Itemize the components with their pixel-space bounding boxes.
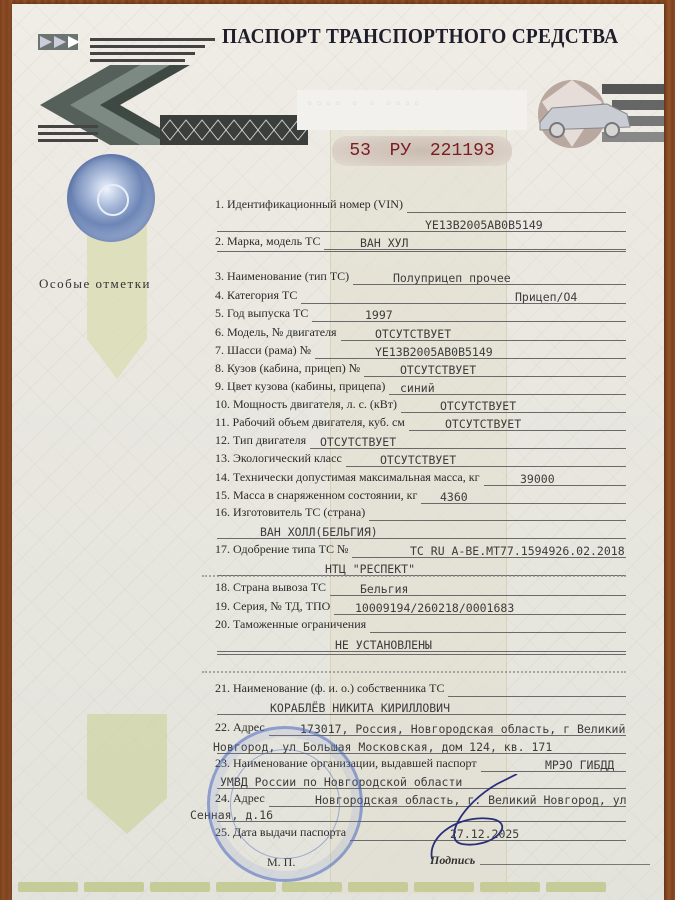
field-row-16: 16. Изготовитель ТС (страна): [202, 504, 626, 521]
field-row-19: 19. Серия, № ТД, ТПО10009194/260218/0001…: [202, 598, 626, 615]
field-row-20: 20. Таможенные ограничения: [202, 616, 626, 633]
field-row-6: 6. Модель, № двигателяОТСУТСТВУЕТ: [202, 324, 626, 341]
field-label: 20. Таможенные ограничения: [215, 617, 366, 632]
field-row-5: 5. Год выпуска ТС1997: [202, 305, 626, 322]
field-label: 4. Категория ТС: [215, 288, 297, 303]
signature-line: [480, 864, 650, 865]
field-row-17-continued: НТЦ "РЕСПЕКТ": [202, 559, 626, 576]
field-value: ТС RU A-BE.МТ77.1594926.02.2018: [410, 544, 625, 558]
field-label: 5. Год выпуска ТС: [215, 306, 308, 321]
serial-number: 221193: [430, 141, 495, 161]
field-label: 9. Цвет кузова (кабины, прицепа): [215, 379, 385, 394]
field-underline: [217, 231, 626, 232]
field-underline: [369, 520, 626, 521]
field-row-12: 12. Тип двигателяОТСУТСТВУЕТ: [202, 432, 626, 449]
field-row-2: 2. Марка, модель ТСВАН ХУЛ: [202, 233, 626, 250]
field-label: 17. Одобрение типа ТС №: [215, 542, 348, 557]
field-label: 15. Масса в снаряженном состоянии, кг: [215, 488, 417, 503]
field-row-8: 8. Кузов (кабина, прицеп) №ОТСУТСТВУЕТ: [202, 360, 626, 377]
field-row-1: 1. Идентификационный номер (VIN): [202, 196, 626, 213]
field-value: ОТСУТСТВУЕТ: [400, 363, 476, 377]
document-title: ПАСПОРТ ТРАНСПОРТНОГО СРЕДСТВА: [222, 24, 618, 49]
field-row-1-continued: YE13B2005AB0B5149: [202, 215, 626, 232]
field-value: 4360: [440, 490, 468, 504]
field-label: 6. Модель, № двигателя: [215, 325, 337, 340]
field-label: 19. Серия, № ТД, ТПО: [215, 599, 330, 614]
field-value-continued: НЕ УСТАНОВЛЕНЫ: [335, 638, 432, 652]
field-row-11: 11. Рабочий объем двигателя, куб. смОТСУ…: [202, 414, 626, 431]
field-row-18: 18. Страна вывоза ТСБельгия: [202, 579, 626, 596]
field-value: Бельгия: [360, 582, 408, 596]
microtext-ornament: ◦◦◦◦ ◦ ◦ ◦◦◦◦: [307, 96, 423, 113]
field-row-21: 21. Наименование (ф. и. о.) собственника…: [202, 680, 626, 697]
field-value: Прицеп/О4: [515, 290, 577, 304]
car-emblem-icon: [532, 72, 664, 152]
vehicle-passport-document: ПАСПОРТ ТРАНСПОРТНОГО СРЕДСТВА ◦◦◦◦ ◦ ◦ …: [12, 4, 664, 900]
hologram-seal-icon: [67, 154, 155, 242]
special-marks-label: Особые отметки: [39, 276, 151, 292]
field-row-17: 17. Одобрение типа ТС №ТС RU A-BE.МТ77.1…: [202, 541, 626, 558]
field-row-20-continued: НЕ УСТАНОВЛЕНЫ: [202, 635, 626, 652]
field-label: 8. Кузов (кабина, прицеп) №: [215, 361, 360, 376]
signature-label: Подпись: [430, 853, 475, 868]
field-row-15: 15. Масса в снаряженном состоянии, кг436…: [202, 487, 626, 504]
field-value: 1997: [365, 308, 393, 322]
field-row-4: 4. Категория ТСПрицеп/О4: [202, 287, 626, 304]
field-label: 12. Тип двигателя: [215, 433, 306, 448]
field-label: 14. Технически допустимая максимальная м…: [215, 470, 480, 485]
field-value: ВАН ХУЛ: [360, 236, 408, 250]
field-value: ОТСУТСТВУЕТ: [445, 417, 521, 431]
field-value: Полуприцеп прочее: [393, 271, 511, 285]
serial-series: РУ: [390, 141, 412, 161]
field-value: ОТСУТСТВУЕТ: [440, 399, 516, 413]
serial-region: 53: [349, 141, 371, 161]
blank-line: [217, 654, 626, 655]
field-underline: [448, 696, 626, 697]
field-value: 10009194/260218/0001683: [355, 601, 514, 615]
field-row-21-continued: КОРАБЛЁВ НИКИТА КИРИЛЛОВИЧ: [202, 698, 626, 715]
field-label: 18. Страна вывоза ТС: [215, 580, 326, 595]
field-value: ОТСУТСТВУЕТ: [320, 435, 396, 449]
security-bottom-band: [12, 882, 664, 896]
section-divider: [202, 671, 626, 675]
field-value: ОТСУТСТВУЕТ: [375, 327, 451, 341]
field-label: 3. Наименование (тип ТС): [215, 269, 349, 284]
field-label: 13. Экологический класс: [215, 451, 342, 466]
field-value-continued: КОРАБЛЁВ НИКИТА КИРИЛЛОВИЧ: [270, 701, 450, 715]
field-label: 1. Идентификационный номер (VIN): [215, 197, 403, 212]
blank-line: [217, 251, 626, 252]
field-value: синий: [400, 381, 435, 395]
field-underline: [407, 212, 626, 213]
field-row-14: 14. Технически допустимая максимальная м…: [202, 469, 626, 486]
field-row-16-continued: ВАН ХОЛЛ(БЕЛЬГИЯ): [202, 522, 626, 539]
field-label: 10. Мощность двигателя, л. с. (кВт): [215, 397, 397, 412]
field-label: 16. Изготовитель ТС (страна): [215, 505, 365, 520]
field-value-continued: ВАН ХОЛЛ(БЕЛЬГИЯ): [260, 525, 378, 539]
field-value-continued: YE13B2005AB0B5149: [425, 218, 543, 232]
stamp-place-label: М. П.: [267, 855, 295, 870]
field-value: ОТСУТСТВУЕТ: [380, 453, 456, 467]
field-value: YE13B2005AB0B5149: [375, 345, 493, 359]
field-label: 7. Шасси (рама) №: [215, 343, 311, 358]
field-value: 173017, Россия, Новгородская область, г …: [300, 722, 625, 736]
field-label: 11. Рабочий объем двигателя, куб. см: [215, 415, 405, 430]
field-label: 2. Марка, модель ТС: [215, 234, 320, 249]
field-label: 21. Наименование (ф. и. о.) собственника…: [215, 681, 444, 696]
field-value-continued: НТЦ "РЕСПЕКТ": [325, 562, 415, 576]
field-row-10: 10. Мощность двигателя, л. с. (кВт)ОТСУТ…: [202, 396, 626, 413]
passport-serial-number: 53 РУ 221193: [332, 136, 512, 166]
field-row-3: 3. Наименование (тип ТС)Полуприцеп проче…: [202, 268, 626, 285]
field-row-13: 13. Экологический классОТСУТСТВУЕТ: [202, 450, 626, 467]
field-row-9: 9. Цвет кузова (кабины, прицепа)синий: [202, 378, 626, 395]
field-underline: [370, 632, 626, 633]
field-underline: [312, 321, 626, 322]
field-value: МРЭО ГИБДД: [545, 758, 614, 772]
field-row-7: 7. Шасси (рама) №YE13B2005AB0B5149: [202, 342, 626, 359]
field-value: 39000: [520, 472, 555, 486]
